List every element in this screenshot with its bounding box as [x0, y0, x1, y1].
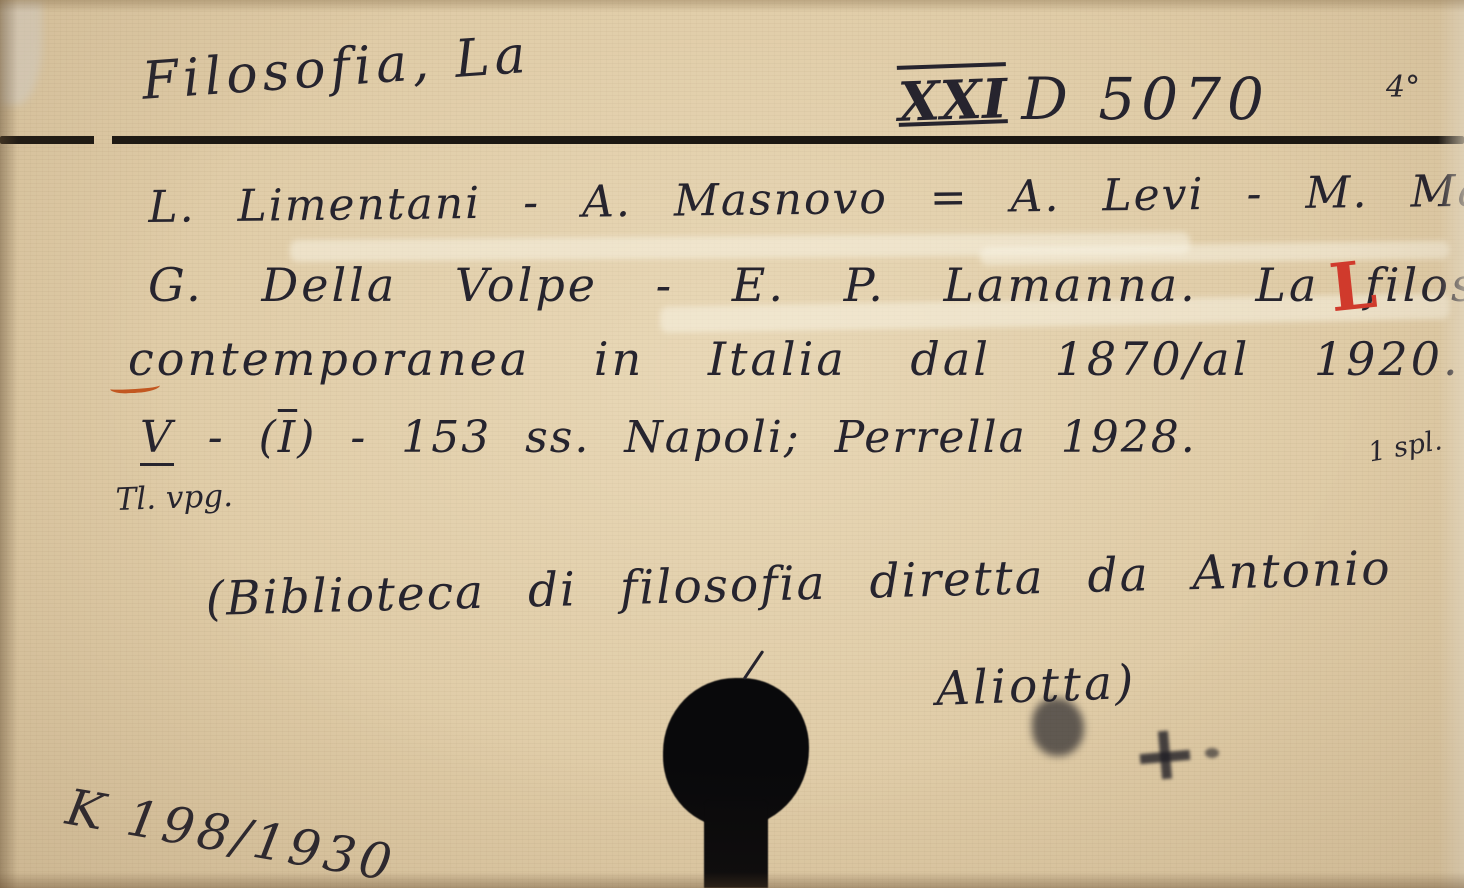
entry-authors-line-1: L. Limentani - A. Masnovo = A. Levi - M.… — [148, 164, 1464, 233]
volume-numeral: V — [140, 412, 174, 466]
paper-edge — [0, 872, 1464, 888]
copies-note: 1 spl. — [1366, 425, 1444, 468]
shelfmark-number: D 5070 — [1021, 65, 1270, 133]
paper-edge — [0, 0, 18, 888]
red-correction-mark: L — [1330, 283, 1379, 288]
entry-authors-line-2: G. Della Volpe - E. P. Lamanna. LaLfilos… — [148, 258, 1464, 312]
entry-title-line: contemporanea in Italia dal 1870/al 1920… — [128, 332, 1461, 386]
entry-collation-line: V - (I) - 153 ss. Napoli; Perrella 1928. — [140, 412, 1197, 463]
ink-stamp-smudge — [1032, 698, 1084, 756]
card-heading-title: Filosofia, La — [140, 25, 532, 112]
series-note-line-1: (Biblioteca di filosofia diretta da Anto… — [205, 541, 1392, 627]
catalog-card: Filosofia, La XXID 5070 4° L. Limentani … — [0, 0, 1464, 888]
format-mark: 4° — [1386, 70, 1420, 105]
collation-separator: ) - — [297, 412, 401, 463]
stray-pen-stroke — [743, 650, 764, 680]
imprint-text: 153 ss. Napoli; Perrella 1928. — [401, 412, 1197, 463]
entry-line2-text: G. Della Volpe - E. P. Lamanna. La — [148, 258, 1319, 312]
shelfmark-class-roman: XXI — [897, 66, 1008, 134]
ink-stamp-smudge — [1158, 731, 1172, 780]
orange-underline-mark — [110, 379, 161, 395]
header-rule — [0, 136, 1464, 144]
part-numeral: I — [278, 412, 297, 463]
ink-stamp-smudge — [1205, 748, 1219, 758]
paper-edge — [0, 0, 1464, 12]
note-abbreviation: Tl. vpg. — [115, 478, 234, 518]
collation-separator: - ( — [174, 412, 278, 463]
paper-edge — [1438, 0, 1464, 888]
